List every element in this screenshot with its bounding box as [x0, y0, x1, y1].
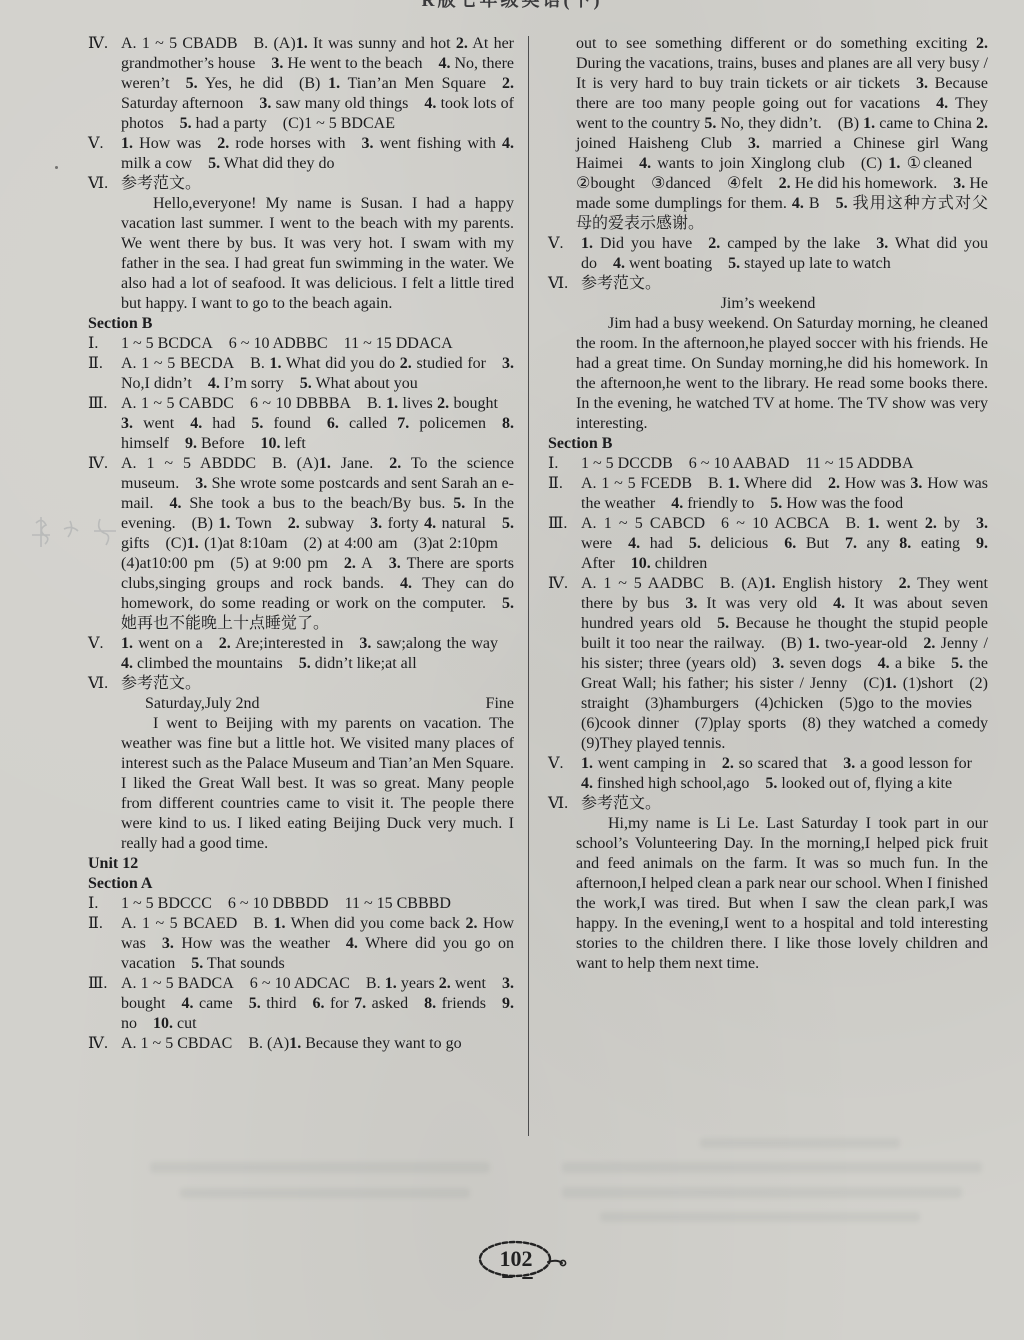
answer-text: A. 1 ~ 5 CABCD 6 ~ 10 ACBCA B. 1. went 2…: [581, 515, 988, 572]
item-numeral: Ⅴ.: [88, 134, 104, 154]
answer-text: A. 1 ~ 5 ABDDC B. (A)1. Jane. 2. To the …: [121, 455, 514, 632]
item-numeral: Ⅴ.: [548, 754, 564, 774]
item-numeral: Ⅱ.: [548, 474, 563, 494]
item-numeral: Ⅵ.: [88, 174, 108, 194]
section-heading: Section B: [88, 314, 514, 334]
answer-item: Ⅵ.参考范文。: [548, 794, 988, 814]
answer-text: 1 ~ 5 BDCCC 6 ~ 10 DBBDD 11 ~ 15 CBBBD: [121, 895, 451, 912]
answer-item: Ⅰ.1 ~ 5 DCCDB 6 ~ 10 AABAD 11 ~ 15 ADDBA: [548, 454, 988, 474]
bleed-through: [562, 1187, 962, 1198]
answer-text: A. 1 ~ 5 CABDC 6 ~ 10 DBBBA B. 1. lives …: [121, 395, 514, 452]
essay-paragraph: Hello,everyone! My name is Susan. I had …: [121, 194, 514, 314]
section-heading: Section B: [548, 434, 988, 454]
answer-item: Ⅵ.参考范文。: [88, 674, 514, 694]
answer-item: Ⅲ.A. 1 ~ 5 BADCA 6 ~ 10 ADCAC B. 1. year…: [88, 974, 514, 1034]
answer-text: 参考范文。: [121, 175, 201, 192]
answer-item: Ⅴ.1. went on a 2. Are;interested in 3. s…: [88, 634, 514, 674]
essay-paragraph: I went to Beijing with my parents on vac…: [121, 714, 514, 854]
answer-text: 1 ~ 5 DCCDB 6 ~ 10 AABAD 11 ~ 15 ADDBA: [581, 455, 914, 472]
item-numeral: Ⅰ.: [548, 454, 558, 474]
left-column: Ⅳ.A. 1 ~ 5 CBADB B. (A)1. It was sunny a…: [88, 34, 514, 1054]
essay-title: Jim’s weekend: [548, 294, 988, 314]
bleed-through: [600, 1212, 920, 1222]
answer-text: A. 1 ~ 5 FCEDB B. 1. Where did 2. How wa…: [581, 475, 988, 512]
answer-text: 1. How was 2. rode horses with 3. went f…: [121, 135, 514, 172]
answer-item: Ⅱ.A. 1 ~ 5 FCEDB B. 1. Where did 2. How …: [548, 474, 988, 514]
item-numeral: Ⅲ.: [88, 394, 107, 414]
answer-item: Ⅲ.A. 1 ~ 5 CABDC 6 ~ 10 DBBBA B. 1. live…: [88, 394, 514, 454]
section-heading: Unit 12: [88, 854, 514, 874]
item-numeral: Ⅰ.: [88, 894, 98, 914]
answer-text: A. 1 ~ 5 CBDAC B. (A)1. Because they wan…: [121, 1035, 462, 1052]
item-numeral: Ⅲ.: [548, 514, 567, 534]
answer-text: A. 1 ~ 5 BADCA 6 ~ 10 ADCAC B. 1. years …: [121, 975, 514, 1032]
answer-item: Ⅴ.1. How was 2. rode horses with 3. went…: [88, 134, 514, 174]
item-numeral: Ⅳ.: [548, 574, 568, 594]
item-numeral: Ⅳ.: [88, 34, 108, 54]
answer-item: Ⅳ.A. 1 ~ 5 CBDAC B. (A)1. Because they w…: [88, 1034, 514, 1054]
answer-item: Ⅴ.1. went camping in 2. so scared that 3…: [548, 754, 988, 794]
answer-text: A. 1 ~ 5 BCAED B. 1. When did you come b…: [121, 915, 514, 972]
answer-item: Ⅱ.A. 1 ~ 5 BCAED B. 1. When did you come…: [88, 914, 514, 974]
answer-text: 1 ~ 5 BCDCA 6 ~ 10 ADBBC 11 ~ 15 DDACA: [121, 335, 453, 352]
answer-item: Ⅲ.A. 1 ~ 5 CABCD 6 ~ 10 ACBCA B. 1. went…: [548, 514, 988, 574]
answer-item: Ⅳ.A. 1 ~ 5 ABDDC B. (A)1. Jane. 2. To th…: [88, 454, 514, 634]
item-numeral: Ⅱ.: [88, 914, 103, 934]
answer-text: 参考范文。: [121, 675, 201, 692]
bleed-through: [700, 1138, 900, 1148]
item-numeral: Ⅰ.: [88, 334, 98, 354]
item-numeral: Ⅵ.: [548, 274, 568, 294]
margin-dot: [55, 166, 58, 169]
right-column: out to see something different or do som…: [548, 34, 988, 974]
answer-item: Ⅰ.1 ~ 5 BDCCC 6 ~ 10 DBBDD 11 ~ 15 CBBBD: [88, 894, 514, 914]
answer-text: 1. went on a 2. Are;interested in 3. saw…: [121, 635, 514, 672]
item-numeral: Ⅵ.: [88, 674, 108, 694]
page-header: R版七年级英语(下): [0, 0, 1024, 10]
item-numeral: Ⅱ.: [88, 354, 103, 374]
column-divider: [528, 36, 529, 1136]
answer-item: Ⅰ.1 ~ 5 BCDCA 6 ~ 10 ADBBC 11 ~ 15 DDACA: [88, 334, 514, 354]
answer-item: Ⅴ.1. Did you have 2. camped by the lake …: [548, 234, 988, 274]
scanned-answer-page: R版七年级英语(下) Ⅳ.A. 1 ~ 5 CBADB B. (A)1. It …: [0, 0, 1024, 1340]
item-numeral: Ⅲ.: [88, 974, 107, 994]
dateline-date: Saturday,July 2nd: [121, 694, 260, 714]
item-numeral: Ⅳ.: [88, 1034, 108, 1054]
section-heading: Section A: [88, 874, 514, 894]
answer-text: 1. Did you have 2. camped by the lake 3.…: [581, 235, 988, 272]
answer-text: A. 1 ~ 5 CBADB B. (A)1. It was sunny and…: [121, 35, 514, 132]
item-numeral: Ⅴ.: [88, 634, 104, 654]
answer-item: Ⅵ.参考范文。: [88, 174, 514, 194]
answer-item: Ⅱ.A. 1 ~ 5 BECDA B. 1. What did you do 2…: [88, 354, 514, 394]
bleed-through: [562, 1162, 982, 1173]
answer-continuation: out to see something different or do som…: [576, 34, 988, 234]
page-number-badge: 102: [473, 1234, 569, 1290]
essay-paragraph: Jim had a busy weekend. On Saturday morn…: [576, 314, 988, 434]
essay-paragraph: Hi,my name is Li Le. Last Saturday I too…: [576, 814, 988, 974]
answer-text: 参考范文。: [581, 275, 661, 292]
item-numeral: Ⅳ.: [88, 454, 108, 474]
answer-item: Ⅵ.参考范文。: [548, 274, 988, 294]
bleed-through: [150, 1162, 490, 1173]
answer-text: A. 1 ~ 5 AADBC B. (A)1. English history …: [581, 575, 988, 752]
answer-item: Ⅳ.A. 1 ~ 5 AADBC B. (A)1. English histor…: [548, 574, 988, 754]
answer-text: 1. went camping in 2. so scared that 3. …: [581, 755, 988, 792]
dateline-weather: Fine: [486, 694, 514, 714]
answer-text: 参考范文。: [581, 795, 661, 812]
pencil-scribble: [22, 505, 132, 565]
bleed-through: [180, 1188, 470, 1198]
essay-dateline: Saturday,July 2ndFine: [121, 694, 514, 714]
page-number: 102: [487, 1249, 545, 1269]
answer-text: A. 1 ~ 5 BECDA B. 1. What did you do 2. …: [121, 355, 514, 392]
item-numeral: Ⅵ.: [548, 794, 568, 814]
answer-item: Ⅳ.A. 1 ~ 5 CBADB B. (A)1. It was sunny a…: [88, 34, 514, 134]
item-numeral: Ⅴ.: [548, 234, 564, 254]
